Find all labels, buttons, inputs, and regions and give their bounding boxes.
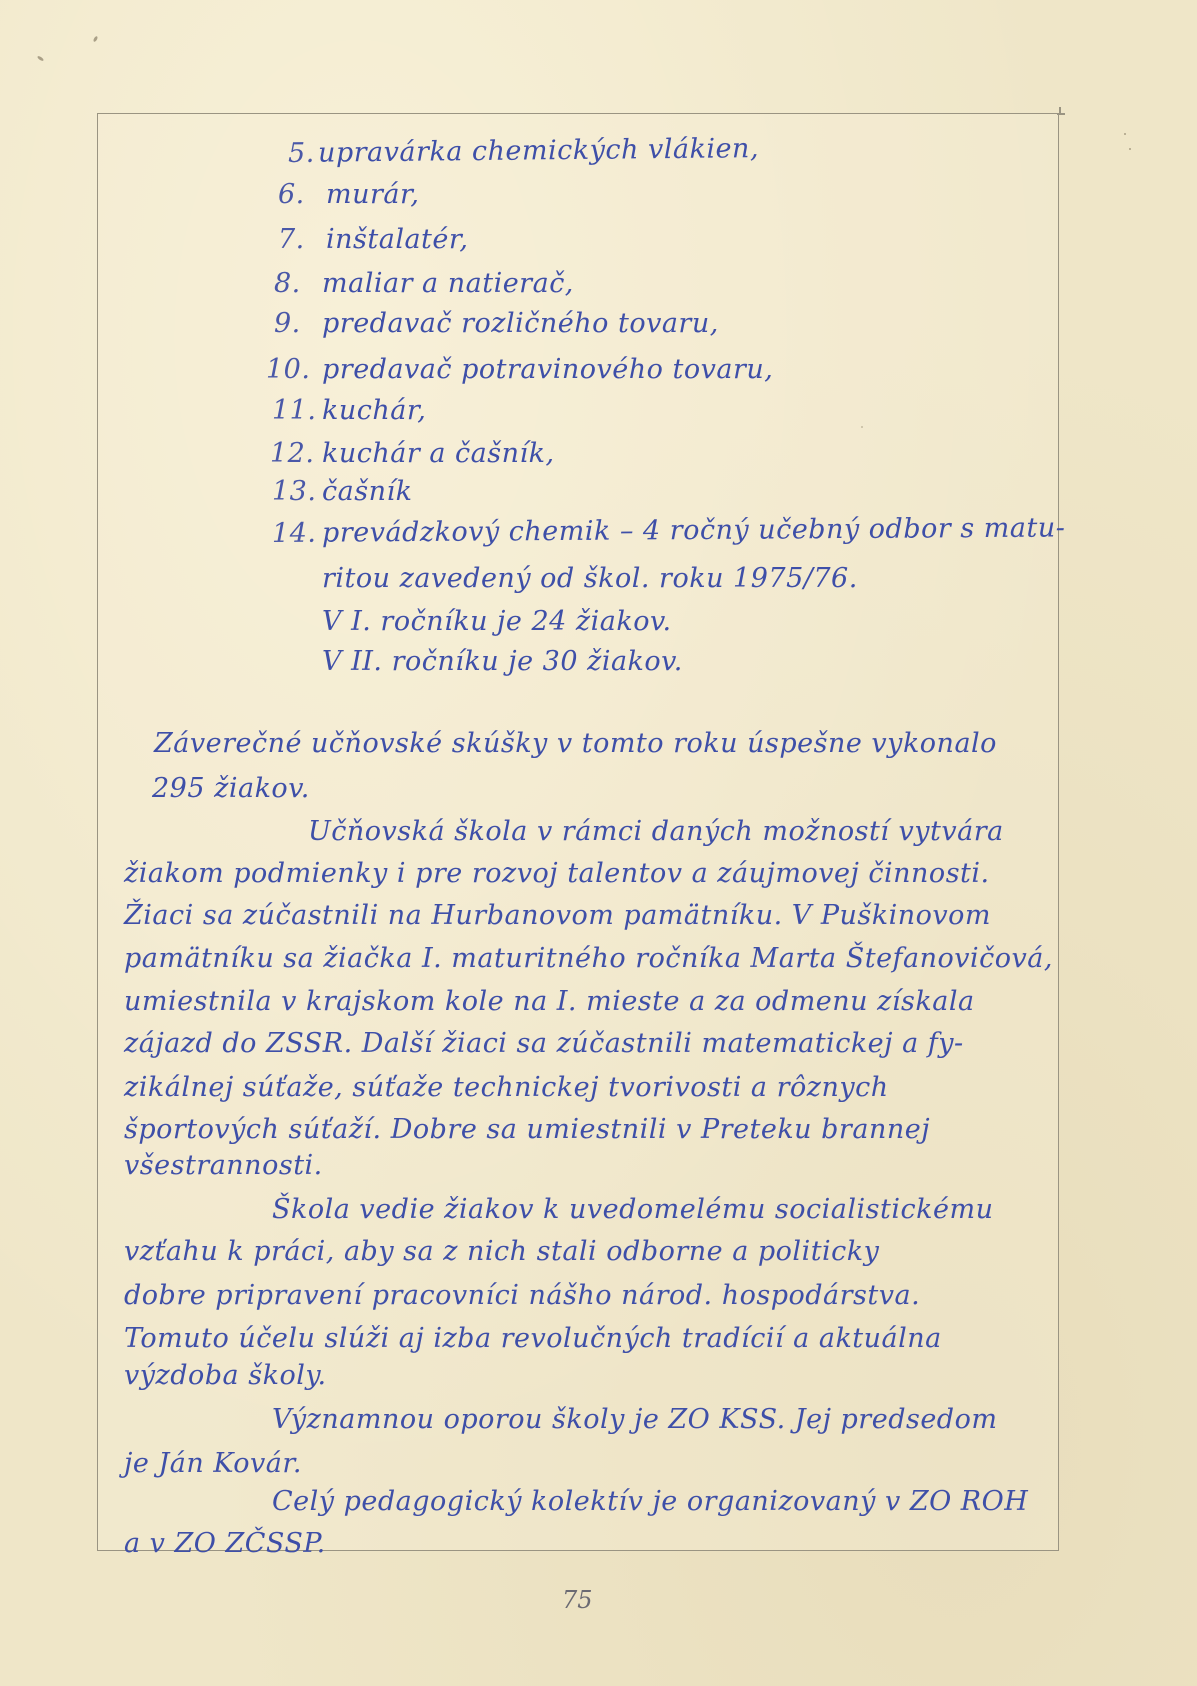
list-number: 11. — [272, 397, 322, 424]
continuation-line: V II. ročníku je 30 žiakov. — [322, 646, 683, 677]
body-line: vzťahu k práci, aby sa z nich stali odbo… — [124, 1238, 879, 1265]
list-text: maliar a natierač, — [322, 268, 574, 299]
paper-speck — [93, 36, 99, 43]
frame-corner-mark — [1057, 113, 1065, 115]
list-number: 12. — [270, 440, 322, 467]
body-line: Žiaci sa zúčastnili na Hurbanovom pamätn… — [124, 902, 991, 929]
list-number: 5. — [288, 140, 318, 167]
list-continuation: V II. ročníku je 30 žiakov. — [322, 648, 683, 675]
list-text: prevádzkový chemik – 4 ročný učebný odbo… — [322, 512, 1066, 548]
list-text: upravárka chemických vlákien, — [318, 133, 759, 169]
body-line: žiakom podmienky i pre rozvoj talentov a… — [124, 860, 990, 887]
paper-speck — [1124, 133, 1126, 135]
list-text: inštalatér, — [326, 224, 468, 255]
body-line: športových súťaží. Dobre sa umiestnili v… — [124, 1116, 930, 1143]
list-number: 13. — [272, 478, 322, 505]
list-item-14: 14.prevádzkový chemik – 4 ročný učebný o… — [272, 514, 1065, 547]
list-item-10: 10.predavač potravinového tovaru, — [266, 356, 773, 383]
body-line: Škola vedie žiakov k uvedomelému sociali… — [272, 1196, 993, 1223]
list-number: 6. — [278, 181, 326, 208]
list-number: 7. — [278, 226, 326, 253]
list-item-5: 5.upravárka chemických vlákien, — [288, 135, 759, 167]
body-line: dobre pripravení pracovníci nášho národ.… — [124, 1282, 920, 1309]
list-text: čašník — [322, 476, 412, 507]
continuation-line: ritou zavedený od škol. roku 1975/76. — [322, 563, 858, 594]
body-line: umiestnila v krajskom kole na I. mieste … — [124, 988, 975, 1015]
body-line: Záverečné učňovské skúšky v tomto roku ú… — [154, 730, 997, 757]
paper-speck — [37, 55, 44, 61]
list-item-11: 11.kuchár, — [272, 397, 426, 424]
list-text: murár, — [326, 179, 420, 210]
list-continuation: V I. ročníku je 24 žiakov. — [322, 608, 672, 635]
body-line: Významnou oporou školy je ZO KSS. Jej pr… — [272, 1406, 997, 1433]
body-line: Učňovská škola v rámci daných možností v… — [308, 818, 1004, 845]
list-text: predavač rozličného tovaru, — [322, 308, 719, 339]
body-line: je Ján Kovár. — [124, 1450, 302, 1477]
list-continuation: ritou zavedený od škol. roku 1975/76. — [322, 565, 858, 592]
body-line: výzdoba školy. — [124, 1362, 327, 1389]
list-text: kuchár a čašník, — [322, 438, 555, 469]
body-line: zájazd do ZSSR. Další žiaci sa zúčastnil… — [124, 1030, 964, 1057]
list-text: kuchár, — [322, 395, 426, 426]
list-item-7: 7.inštalatér, — [278, 226, 468, 253]
list-item-6: 6.murár, — [278, 181, 420, 208]
body-line: pamätníku sa žiačka I. maturitného roční… — [124, 945, 1053, 972]
body-line: všestrannosti. — [124, 1152, 323, 1179]
list-item-8: 8.maliar a natierač, — [274, 270, 574, 297]
list-number: 14. — [272, 520, 322, 547]
body-line: a v ZO ZČSSP. — [124, 1530, 326, 1557]
continuation-line: V I. ročníku je 24 žiakov. — [322, 606, 672, 637]
body-line: Celý pedagogický kolektív je organizovan… — [272, 1488, 1028, 1515]
list-number: 10. — [266, 356, 322, 383]
list-text: predavač potravinového tovaru, — [322, 354, 773, 385]
page-number: 75 — [562, 1586, 593, 1614]
list-item-12: 12.kuchár a čašník, — [270, 440, 555, 467]
body-line: zikálnej súťaže, súťaže technickej tvori… — [124, 1074, 889, 1101]
list-item-9: 9.predavač rozličného tovaru, — [274, 310, 719, 337]
list-number: 8. — [274, 270, 322, 297]
paper-speck — [1129, 148, 1131, 150]
body-line: 295 žiakov. — [152, 775, 310, 802]
list-item-13: 13.čašník — [272, 478, 412, 505]
body-line: Tomuto účelu slúži aj izba revolučných t… — [124, 1325, 942, 1352]
list-number: 9. — [274, 310, 322, 337]
